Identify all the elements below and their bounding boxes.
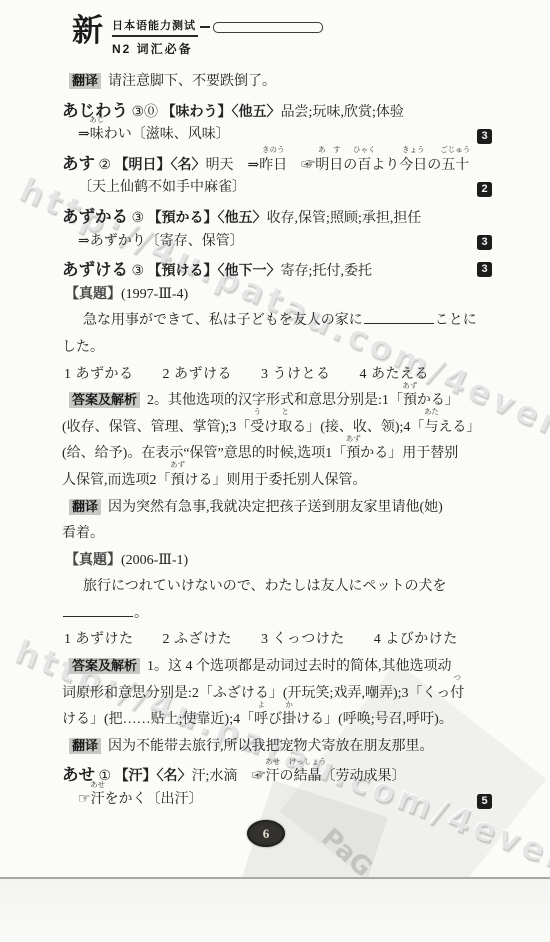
- scan-margin-area: [0, 879, 550, 942]
- section-label: 答案及解析: [69, 392, 140, 408]
- ruby-annotated-text: 今日きょう: [399, 154, 427, 174]
- furigana: よ: [257, 701, 265, 709]
- ruby-annotated-text: 昨日きのう: [259, 154, 287, 174]
- text-line: 【真題】(2006-Ⅲ-1): [62, 549, 492, 576]
- text-segment: (2006-Ⅲ-1): [121, 553, 188, 568]
- ruby-annotated-text: 預あず: [346, 442, 360, 462]
- line-text: した。: [62, 336, 492, 356]
- text-segment: の: [279, 769, 293, 784]
- text-segment: した。: [62, 340, 104, 355]
- dictionary-entry-line: あずける ③ 【預ける】〈他下一〉寄存;托付,委托3: [62, 256, 492, 283]
- text-line: 词原形和意思分别是:2「ふざける」(开玩笑;戏弄,嘲弄);3「くっ付つ: [62, 682, 492, 709]
- ruby-annotated-text: 味あじ: [90, 123, 104, 143]
- text-segment: 【明日】〈名〉: [115, 156, 206, 172]
- furigana: う: [253, 408, 261, 416]
- text-line: ける」(把……贴上;使靠近);4「呼よび掛かける」(呼唤;号召,呼吁)。: [62, 708, 492, 735]
- text-segment: ③: [128, 211, 148, 226]
- book-page: http://4u.patau.com/4everfhv/ http://4u.…: [0, 0, 550, 942]
- ruby-annotated-text: 付つ: [450, 682, 464, 702]
- furigana: つ: [453, 674, 461, 682]
- furigana: か: [285, 701, 293, 709]
- answer-blank: [63, 603, 133, 617]
- text-segment: をかく〔出汗〕: [105, 792, 203, 807]
- text-line: 〔天上仙鹤不如手中麻雀〕2: [62, 176, 492, 203]
- text-segment: ③: [128, 264, 148, 279]
- text-segment: 1 あずかる 2 あずける 3 うけとる 4 あたえる: [64, 367, 429, 382]
- series-title-row: 日本语能力测试: [112, 17, 323, 37]
- text-line: ☞汗あせをかく〔出汗〕5: [62, 788, 492, 815]
- line-text: ける」(把……贴上;使靠近);4「呼よび掛かける」(呼唤;号召,呼吁)。: [62, 708, 492, 728]
- text-segment: 〔天上仙鹤不如手中麻雀〕: [78, 180, 246, 195]
- text-line: 1 あずけた 2 ふざけた 3 くっつけた 4 よびかけた: [62, 628, 492, 655]
- text-segment: 因为突然有急事,我就决定把孩子送到朋友家里请他(她): [108, 500, 443, 515]
- ruby-annotated-text: 取と: [278, 416, 292, 436]
- text-line: 翻译请注意脚下、不要跌倒了。: [62, 70, 492, 97]
- furigana: きょう: [402, 146, 425, 154]
- line-text: 人保管,而选项2「預あずける」则用于委托别人保管。: [62, 469, 492, 489]
- text-segment: ⇒あずかり〔寄存、保管〕: [78, 234, 244, 249]
- line-text: 翻译因为突然有急事,我就决定把孩子送到朋友家里请他(她): [69, 496, 492, 516]
- text-segment: 【預かる】〈他五〉: [148, 209, 267, 225]
- section-label: 答案及解析: [69, 658, 140, 674]
- frequency-badge: 3: [477, 235, 492, 250]
- text-segment: 1 あずけた 2 ふざけた 3 くっつけた 4 よびかけた: [64, 632, 458, 647]
- text-segment: える」: [438, 420, 480, 435]
- text-segment: 收存,保管;照顾;承担,担任: [267, 211, 422, 226]
- line-text: 答案及解析1。这 4 个选项都是动词过去时的简体,其他选项动: [69, 655, 492, 675]
- ruby-annotated-text: 呼よ: [254, 708, 268, 728]
- text-segment: ける」(把……贴上;使靠近);4「: [62, 712, 254, 727]
- line-text: (收存、保管、管理、掌管);3「受うけ取とる」(接、收、领);4「与あたえる」: [62, 416, 492, 436]
- section-label: 翻译: [69, 499, 101, 515]
- header-titles: 日本语能力测试 N2 词汇必备: [112, 14, 323, 57]
- text-segment: (1997-Ⅲ-4): [121, 287, 188, 302]
- line-text: 〔天上仙鹤不如手中麻雀〕: [78, 176, 469, 196]
- text-segment: の: [343, 158, 357, 173]
- headword: あす: [62, 155, 95, 173]
- section-label: 翻译: [69, 738, 101, 754]
- line-text: 【真題】(1997-Ⅲ-4): [65, 283, 492, 303]
- text-line: (收存、保管、管理、掌管);3「受うけ取とる」(接、收、领);4「与あたえる」: [62, 416, 492, 443]
- text-segment: 人保管,而选项2「: [62, 473, 171, 488]
- line-text: 看着。: [62, 522, 492, 542]
- series-title: 日本语能力测试: [112, 17, 198, 37]
- text-segment: かる」: [417, 393, 459, 408]
- line-text: 词原形和意思分别是:2「ふざける」(开玩笑;戏弄,嘲弄);3「くっ付つ: [62, 682, 492, 702]
- text-segment: より: [371, 158, 399, 173]
- page-number-badge: 6: [247, 820, 285, 847]
- content-lines: 翻译请注意脚下、不要跌倒了。あじわう ③⓪ 【味わう】〈他五〉品尝;玩味,欣赏;…: [62, 70, 492, 815]
- line-text: 急な用事ができて、私は子どもを友人の家にことに: [83, 309, 492, 329]
- text-segment: 看着。: [62, 526, 104, 541]
- headword: あずける: [62, 261, 128, 279]
- line-text: あずける ③ 【預ける】〈他下一〉寄存;托付,委托: [62, 256, 469, 280]
- line-text: ⇒味あじわい〔滋味、风味〕: [78, 123, 469, 143]
- ruby-annotated-text: 掛か: [282, 708, 296, 728]
- line-text: あせ ① 【汗】〈名〉汗;水滴 ☞汗あせの結晶けっしょう〔劳动成果〕: [62, 761, 492, 785]
- text-segment: 2。其他选项的汉字形式和意思分别是:1「: [147, 393, 403, 408]
- watermark-corner-text: PaG: [315, 823, 378, 884]
- text-segment: 【汗】〈名〉: [115, 767, 192, 783]
- text-segment: 请注意脚下、不要跌倒了。: [108, 74, 276, 89]
- ruby-annotated-text: 汗あせ: [265, 765, 279, 785]
- ruby-annotated-text: 百ひゃく: [357, 154, 371, 174]
- text-line: 【真題】(1997-Ⅲ-4): [62, 283, 492, 310]
- text-line: 。: [62, 602, 492, 629]
- text-line: ⇒あずかり〔寄存、保管〕3: [62, 230, 492, 257]
- book-subtitle: N2 词汇必备: [112, 40, 323, 57]
- line-text: あじわう ③⓪ 【味わう】〈他五〉品尝;玩味,欣赏;体验: [62, 97, 492, 121]
- text-segment: 寄存;托付,委托: [281, 264, 372, 279]
- dictionary-entry-line: あじわう ③⓪ 【味わう】〈他五〉品尝;玩味,欣赏;体验: [62, 97, 492, 124]
- text-segment: ☞: [287, 158, 315, 173]
- furigana: けっしょう: [289, 758, 327, 766]
- furigana: あじ: [89, 116, 104, 124]
- frequency-badge: 5: [477, 794, 492, 809]
- dictionary-entry-line: あずかる ③ 【預かる】〈他五〉收存,保管;照顾;承担,担任: [62, 203, 492, 230]
- text-segment: 明天 ⇒: [206, 158, 260, 173]
- ruby-annotated-text: 受う: [250, 416, 264, 436]
- ruby-annotated-text: 与あた: [424, 416, 438, 436]
- furigana: と: [281, 408, 289, 416]
- line-text: 。: [62, 602, 492, 622]
- answer-blank: [364, 310, 434, 324]
- header-pill-decoration: [213, 22, 323, 33]
- dictionary-entry-line: あせ ① 【汗】〈名〉汗;水滴 ☞汗あせの結晶けっしょう〔劳动成果〕: [62, 761, 492, 788]
- line-text: ⇒あずかり〔寄存、保管〕: [78, 230, 469, 250]
- line-text: 翻译因为不能带去旅行,所以我把宠物犬寄放在朋友那里。: [69, 735, 492, 755]
- furigana: ひゃく: [353, 146, 376, 154]
- text-segment: 【真題】: [65, 551, 121, 567]
- ruby-annotated-text: 明日あ す: [315, 154, 343, 174]
- ruby-annotated-text: 汗あせ: [91, 788, 105, 808]
- line-text: あずかる ③ 【預かる】〈他五〉收存,保管;照顾;承担,担任: [62, 203, 492, 227]
- furigana: あせ: [90, 781, 105, 789]
- text-segment: かる」用于替别: [360, 446, 458, 461]
- text-segment: ことに: [435, 313, 477, 328]
- text-line: 旅行につれていけないので、わたしは友人にペットの犬を: [62, 575, 492, 602]
- text-segment: 汗;水滴 ☞: [192, 769, 266, 784]
- text-line: 急な用事ができて、私は子どもを友人の家にことに: [62, 309, 492, 336]
- dictionary-entry-line: あす ② 【明日】〈名〉明天 ⇒昨日きのう ☞明日あ すの百ひゃくより今日きょう…: [62, 150, 492, 177]
- ruby-annotated-text: 結晶けっしょう: [293, 765, 321, 785]
- text-segment: ける」则用于委托别人保管。: [185, 473, 367, 488]
- text-segment: ⇒: [78, 127, 90, 142]
- line-text: 答案及解析2。其他选项的汉字形式和意思分别是:1「預あずかる」: [69, 389, 492, 409]
- text-line: した。: [62, 336, 492, 363]
- line-text: あす ② 【明日】〈名〉明天 ⇒昨日きのう ☞明日あ すの百ひゃくより今日きょう…: [62, 150, 492, 174]
- page-header: 新 日本语能力测试 N2 词汇必备: [72, 14, 323, 57]
- ruby-annotated-text: 五十ごじゅう: [441, 154, 469, 174]
- text-segment: る」(接、收、领);4「: [292, 420, 424, 435]
- text-line: (给、给予)。在表示“保管”意思的时候,选项1「預あずかる」用于替别: [62, 442, 492, 469]
- text-segment: 【味わう】〈他五〉: [162, 103, 281, 119]
- text-line: 看着。: [62, 522, 492, 549]
- text-segment: 品尝;玩味,欣赏;体验: [281, 105, 404, 120]
- text-line: 1 あずかる 2 あずける 3 うけとる 4 あたえる: [62, 363, 492, 390]
- furigana: あず: [402, 382, 417, 390]
- furigana: あ す: [318, 146, 341, 154]
- text-line: 答案及解析1。这 4 个选项都是动词过去时的简体,其他选项动: [62, 655, 492, 682]
- ruby-annotated-text: 預あず: [403, 389, 417, 409]
- section-label: 翻译: [69, 73, 101, 89]
- text-line: 人保管,而选项2「預あずける」则用于委托别人保管。: [62, 469, 492, 496]
- text-segment: 急な用事ができて、私は子どもを友人の家に: [83, 313, 363, 328]
- furigana: きのう: [262, 146, 285, 154]
- header-dash-decoration: [200, 26, 210, 28]
- text-segment: 〔劳动成果〕: [321, 769, 405, 784]
- frequency-badge: 3: [477, 262, 492, 277]
- text-segment: の: [427, 158, 441, 173]
- headword: あずかる: [62, 208, 128, 226]
- text-segment: び: [268, 712, 282, 727]
- furigana: あた: [424, 408, 439, 416]
- line-text: 1 あずけた 2 ふざけた 3 くっつけた 4 よびかけた: [64, 628, 492, 648]
- line-text: 1 あずかる 2 あずける 3 うけとる 4 あたえる: [64, 363, 492, 383]
- text-segment: (给、给予)。在表示“保管”意思的时候,选项1「: [62, 446, 346, 461]
- text-segment: ける」(呼唤;号召,呼吁)。: [296, 712, 453, 727]
- text-segment: 【預ける】〈他下一〉: [148, 262, 281, 278]
- text-segment: 旅行につれていけないので、わたしは友人にペットの犬を: [83, 579, 446, 594]
- text-segment: 1。这 4 个选项都是动词过去时的简体,其他选项动: [147, 659, 452, 674]
- text-segment: ☞: [78, 792, 91, 807]
- furigana: ごじゅう: [440, 146, 470, 154]
- line-text: 翻译请注意脚下、不要跌倒了。: [69, 70, 492, 90]
- text-segment: ③⓪: [128, 105, 162, 120]
- text-segment: (收存、保管、管理、掌管);3「: [62, 420, 250, 435]
- text-segment: わい〔滋味、风味〕: [104, 127, 230, 142]
- frequency-badge: 2: [477, 182, 492, 197]
- series-logo: 新: [72, 14, 103, 48]
- text-segment: 。: [134, 606, 148, 621]
- text-segment: 因为不能带去旅行,所以我把宠物犬寄放在朋友那里。: [108, 739, 434, 754]
- text-line: 翻译因为突然有急事,我就决定把孩子送到朋友家里请他(她): [62, 496, 492, 523]
- furigana: あず: [170, 461, 185, 469]
- furigana: あず: [346, 435, 361, 443]
- furigana: あせ: [265, 758, 280, 766]
- text-segment: 词原形和意思分别是:2「ふざける」(开玩笑;戏弄,嘲弄);3「くっ: [62, 686, 450, 701]
- ruby-annotated-text: 預あず: [171, 469, 185, 489]
- text-segment: ②: [95, 158, 115, 173]
- line-text: (给、给予)。在表示“保管”意思的时候,选项1「預あずかる」用于替别: [62, 442, 492, 462]
- frequency-badge: 3: [477, 129, 492, 144]
- line-text: ☞汗あせをかく〔出汗〕: [78, 788, 469, 808]
- line-text: 【真題】(2006-Ⅲ-1): [65, 549, 492, 569]
- text-segment: 【真題】: [65, 285, 121, 301]
- line-text: 旅行につれていけないので、わたしは友人にペットの犬を: [83, 575, 492, 595]
- text-segment: け: [264, 420, 278, 435]
